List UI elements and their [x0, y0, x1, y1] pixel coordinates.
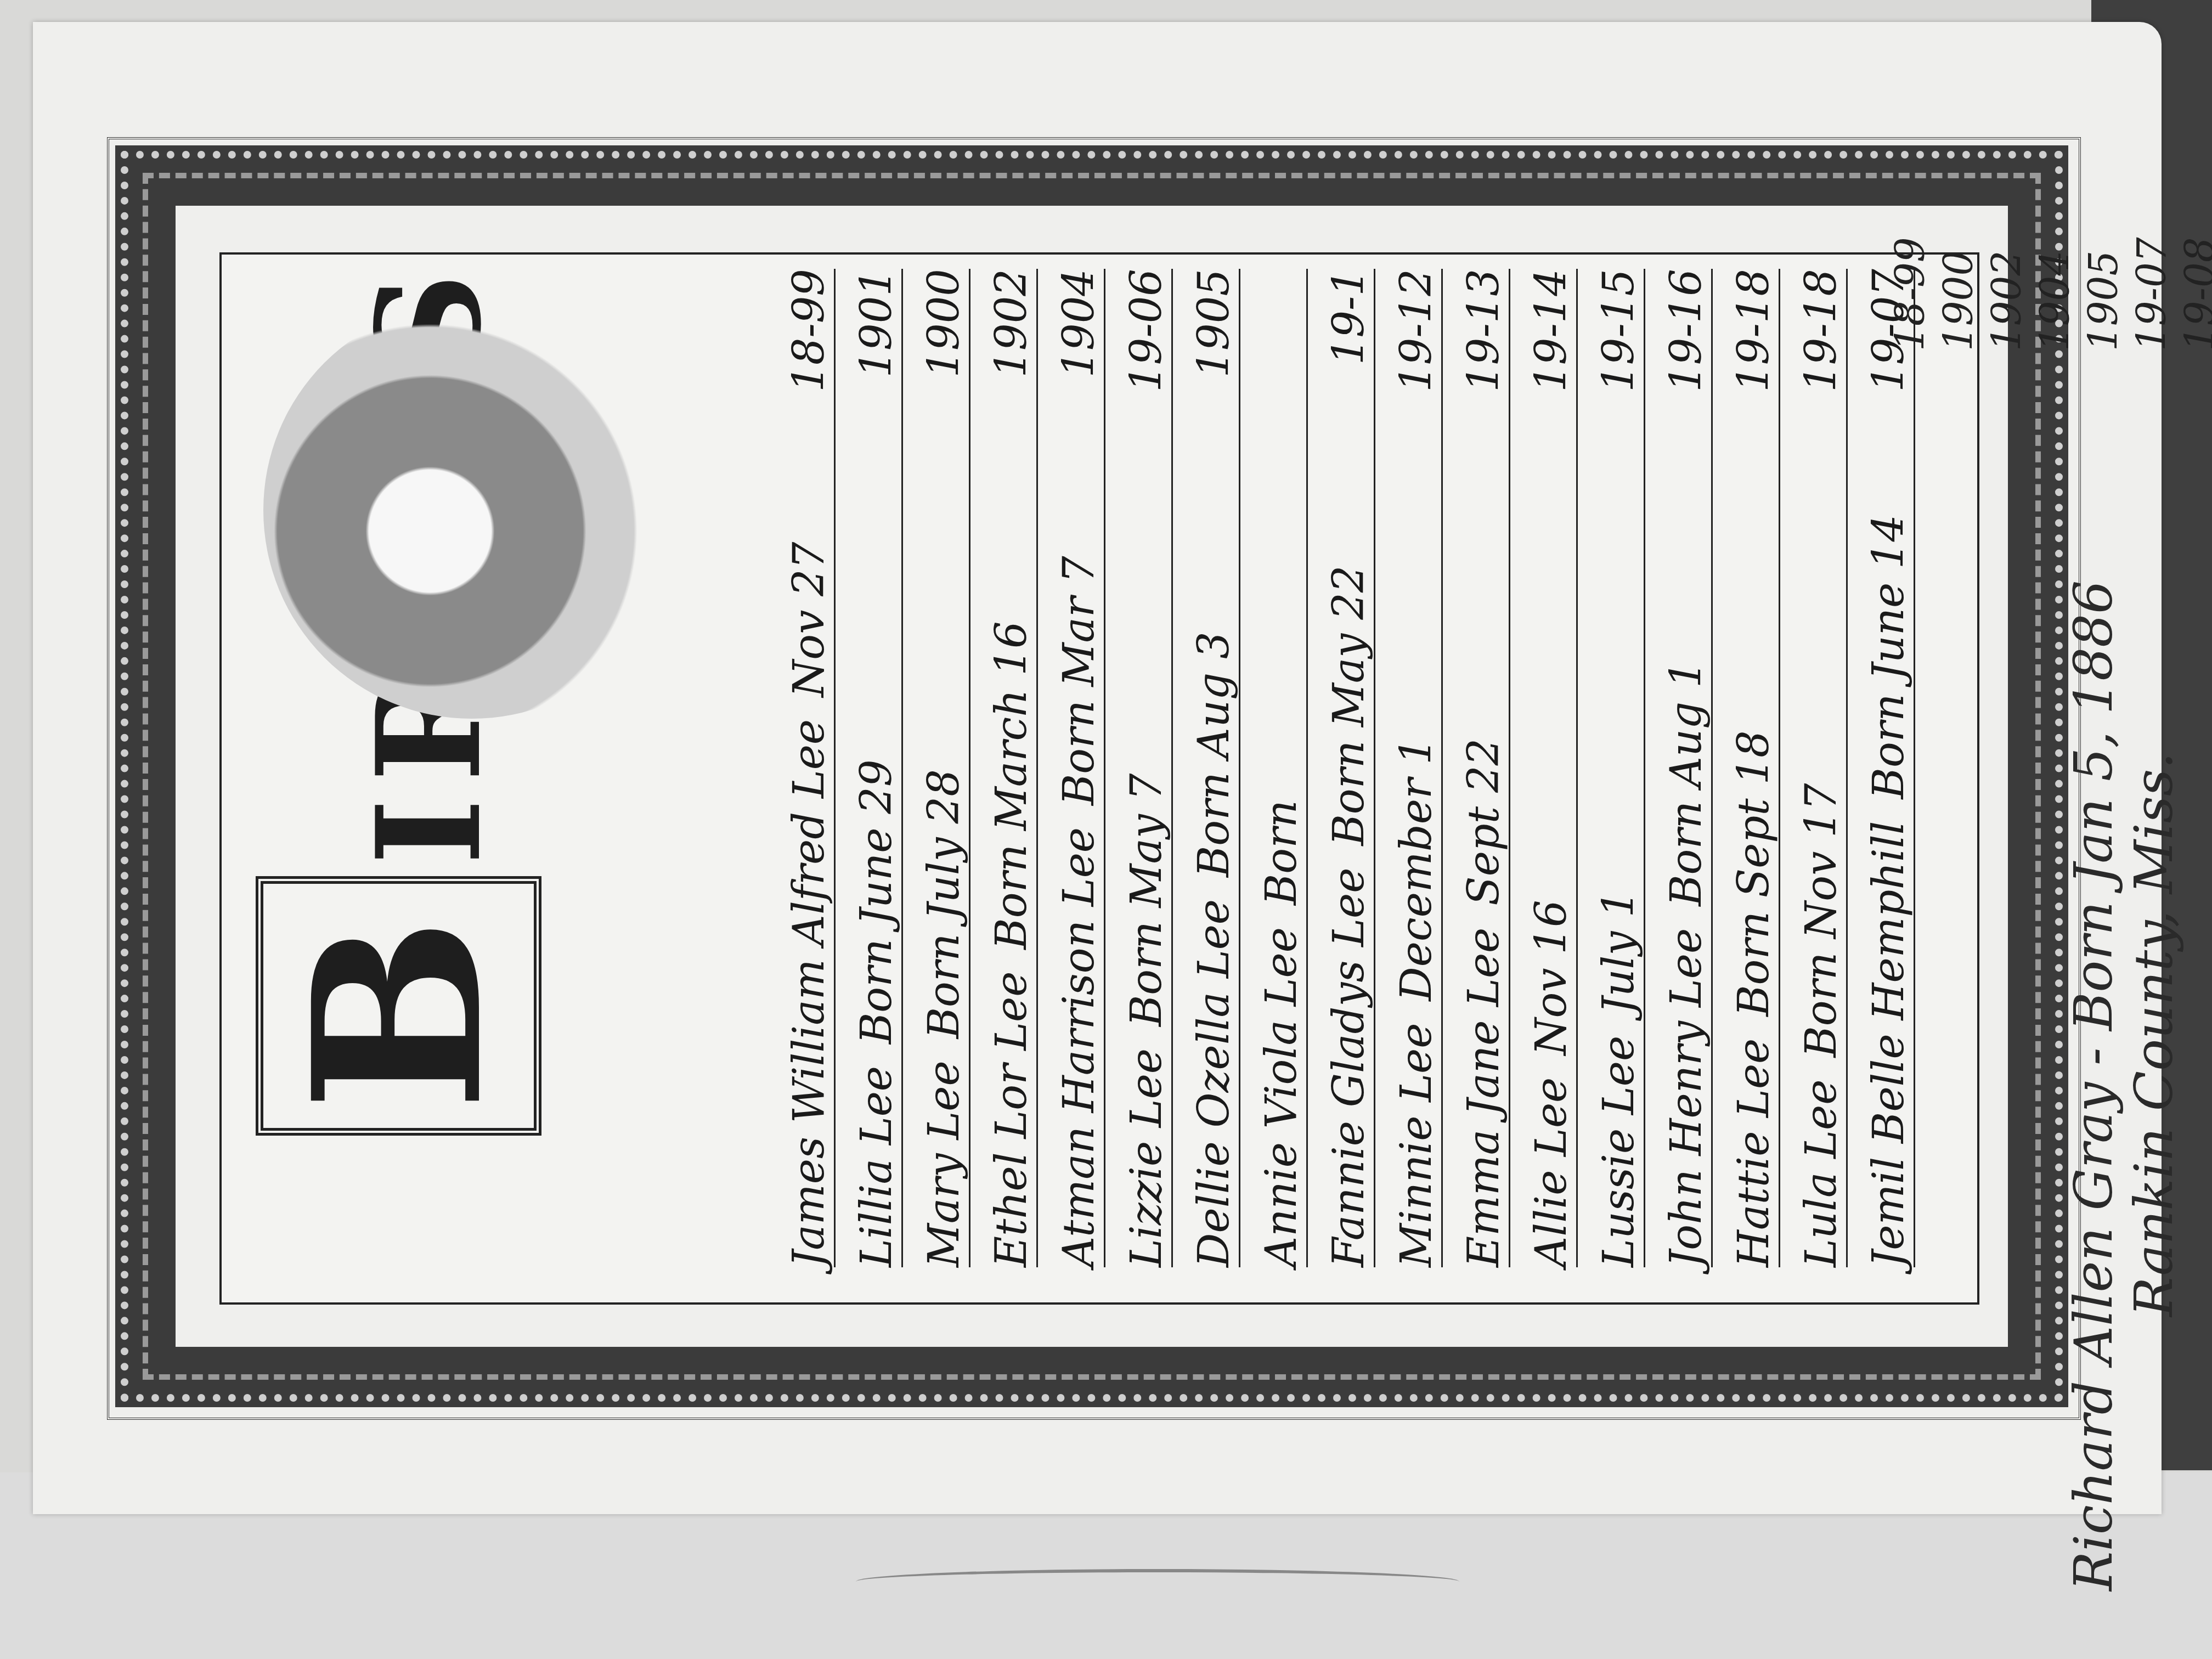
entry-birth-date: December 1 — [1392, 409, 1441, 1001]
entry-name: Atman Harrison Lee — [1054, 827, 1104, 1267]
margin-year: 1902 — [1984, 237, 2030, 351]
entry-name: Lillia Lee — [852, 1066, 901, 1267]
entry-birth-date: Sept 22 — [1459, 409, 1509, 906]
margin-year: 1900 — [1936, 237, 1982, 351]
entry-row: Mary LeeBorn July 281900 — [903, 269, 970, 1267]
entry-name: Lizzie Lee — [1122, 1048, 1171, 1267]
entry-row: Emma Jane LeeSept 2219-13 — [1443, 269, 1510, 1267]
entry-birth-date: Born Aug 3 — [1189, 394, 1239, 877]
entry-row: Minnie LeeDecember 119-12 — [1375, 269, 1443, 1267]
entry-birth-date: Born June 29 — [852, 394, 901, 1044]
entry-name: Fannie Gladys Lee — [1324, 868, 1374, 1267]
entry-row: Dellie Ozella LeeBorn Aug 31905 — [1173, 269, 1240, 1267]
entry-row: Atman Harrison LeeBorn Mar 71904 — [1038, 269, 1105, 1267]
margin-year: 19-07 — [2129, 237, 2175, 351]
entry-row: Allie LeeNov 1619-14 — [1510, 269, 1578, 1267]
entry-name: Annie Viola Lee — [1257, 927, 1306, 1267]
entry-year: 1902 — [987, 269, 1036, 378]
entry-year: 18-99 — [785, 269, 834, 392]
entry-year: 19-18 — [1797, 269, 1846, 392]
entry-birth-date: Born March 16 — [987, 394, 1036, 950]
title-initial: B — [256, 876, 541, 1136]
entry-year: 19-06 — [1122, 269, 1171, 392]
entry-row: Lula LeeBorn Nov 1719-18 — [1780, 269, 1848, 1267]
entry-year: 1904 — [1054, 269, 1104, 378]
rotated-content: BIRTHS James William Alfred LeeNov 2718-… — [219, 252, 1975, 1300]
entry-birth-date: Born May 22 — [1324, 381, 1374, 845]
entry-birth-date: Born Sept 18 — [1729, 409, 1779, 1017]
entry-birth-date: Born May 7 — [1122, 409, 1171, 1026]
entry-name: Lula Lee — [1797, 1080, 1846, 1267]
entry-row: Lizzie LeeBorn May 719-06 — [1105, 269, 1173, 1267]
entry-year: 19-18 — [1729, 269, 1779, 392]
bible-page: BIRTHS James William Alfred LeeNov 2718-… — [33, 22, 2162, 1514]
wire-strand — [856, 1569, 1459, 1594]
margin-note-richard: Richard Allen Gray - Born Jan 5, 1886 — [2063, 580, 2124, 1591]
entry-row: John Henry LeeBorn Aug 119-16 — [1645, 269, 1713, 1267]
margin-year: 18-99 — [1887, 237, 1933, 351]
child-illustration — [263, 302, 680, 719]
entry-row: Annie Viola LeeBorn — [1240, 269, 1308, 1267]
entry-birth-date: Born July 28 — [919, 394, 969, 1039]
entry-year: 19-16 — [1662, 269, 1711, 392]
entry-name: Jemil Belle Hemphill — [1864, 821, 1914, 1267]
entry-name: Allie Lee — [1527, 1077, 1576, 1267]
entry-name: James William Alfred Lee — [785, 719, 834, 1267]
entry-row: Fannie Gladys LeeBorn May 2219-1 — [1308, 269, 1375, 1267]
margin-note-county: Rankin County, Miss. — [2123, 752, 2185, 1317]
entry-year: 19-12 — [1392, 269, 1441, 392]
entry-row: Ethel Lor LeeBorn March 161902 — [970, 269, 1038, 1267]
entry-name: Ethel Lor Lee — [987, 972, 1036, 1267]
entry-name: Dellie Ozella Lee — [1189, 899, 1239, 1267]
margin-years: 18-99190019021904190519-0719-0819-10 — [1887, 237, 2212, 351]
entry-year: 19-15 — [1594, 269, 1644, 392]
entry-name: John Henry Lee — [1662, 928, 1711, 1267]
entry-birth-date: July 1 — [1594, 409, 1644, 1014]
entry-row: Hattie LeeBorn Sept 1819-18 — [1713, 269, 1780, 1267]
margin-year: 1905 — [2080, 237, 2126, 351]
margin-year: 19-08 — [2177, 237, 2212, 351]
births-register: BIRTHS James William Alfred LeeNov 2718-… — [219, 252, 1975, 1300]
margin-year: 1904 — [2032, 237, 2078, 351]
entry-birth-date: Nov 16 — [1527, 409, 1576, 1056]
entry-name: Emma Jane Lee — [1459, 928, 1509, 1267]
entry-birth-date: Born June 14 — [1864, 409, 1914, 799]
entry-year: 1900 — [919, 269, 969, 378]
entry-year: 19-14 — [1527, 269, 1576, 392]
entry-birth-date: Born — [1257, 285, 1306, 905]
entry-row: Lillia LeeBorn June 291901 — [836, 269, 903, 1267]
entry-birth-date: Nov 27 — [785, 409, 834, 697]
entry-birth-date: Born Nov 17 — [1797, 409, 1846, 1058]
entry-row: Jemil Belle HemphillBorn June 1419-07 — [1848, 269, 1915, 1267]
entry-birth-date: Born Mar 7 — [1054, 394, 1104, 806]
entry-year: 1901 — [852, 269, 901, 378]
entry-name: Hattie Lee — [1729, 1039, 1779, 1267]
entry-birth-date: Born Aug 1 — [1662, 409, 1711, 906]
entry-name: Minnie Lee — [1392, 1023, 1441, 1267]
entry-year: 19-13 — [1459, 269, 1509, 392]
entry-year: 1905 — [1189, 269, 1239, 378]
entry-name: Lussie Lee — [1594, 1036, 1644, 1267]
entry-row: James William Alfred LeeNov 2718-99 — [768, 269, 836, 1267]
entry-year: 19-1 — [1324, 269, 1374, 365]
entry-name: Mary Lee — [919, 1060, 969, 1267]
entry-row: Lussie LeeJuly 119-15 — [1578, 269, 1645, 1267]
entry-list: James William Alfred LeeNov 2718-99Lilli… — [768, 269, 1915, 1267]
